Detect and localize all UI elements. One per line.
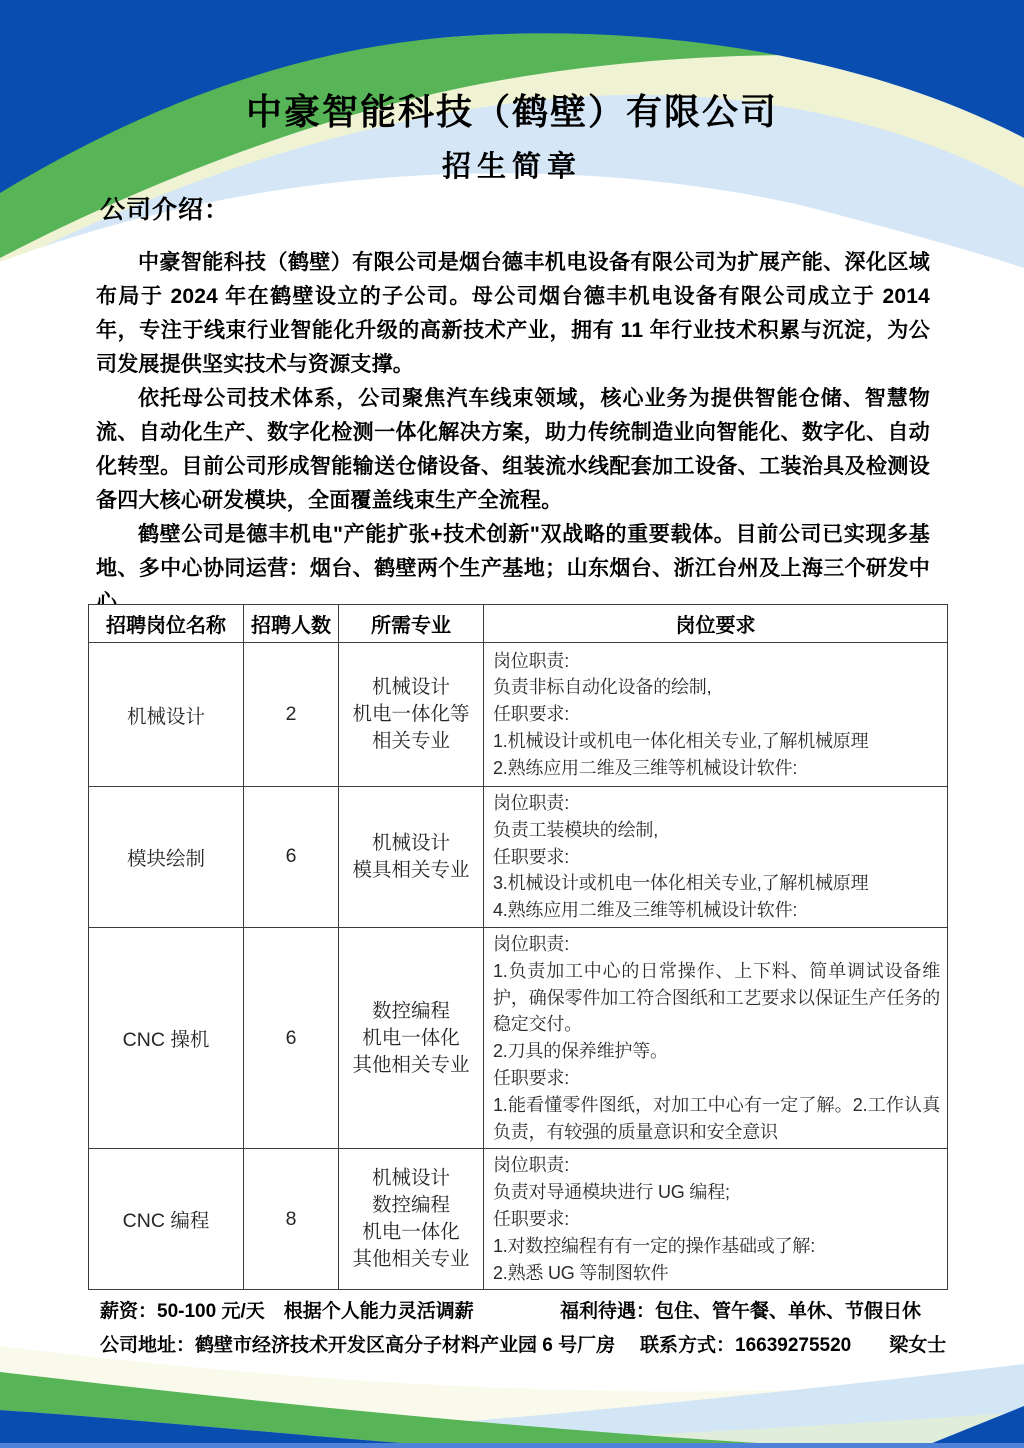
- requirements-cell: 岗位职责:负责非标自动化设备的绘制,任职要求:1.机械设计或机电一体化相关专业,…: [484, 643, 948, 787]
- requirements-cell: 岗位职责:1.负责加工中心的日常操作、上下料、简单调试设备维护，确保零件加工符合…: [484, 927, 948, 1148]
- column-header: 岗位要求: [484, 605, 948, 643]
- salary-text: 薪资：50-100 元/天 根据个人能力灵活调薪: [100, 1296, 474, 1323]
- position-cell: 模块绘制: [89, 787, 244, 928]
- requirements-cell: 岗位职责:负责工装模块的绘制,任职要求:3.机械设计或机电一体化相关专业,了解机…: [484, 787, 948, 928]
- majors-cell: 机械设计数控编程机电一体化其他相关专业: [339, 1149, 484, 1290]
- position-cell: 机械设计: [89, 643, 244, 787]
- position-cell: CNC 操机: [89, 927, 244, 1148]
- majors-cell: 机械设计模具相关专业: [339, 787, 484, 928]
- doc-title: 招生简章: [0, 144, 1024, 185]
- flyer-page: 中豪智能科技（鹤壁）有限公司 招生简章 公司介绍： 中豪智能科技（鹤壁）有限公司…: [0, 0, 1024, 1448]
- welfare-text: 福利待遇：包住、管午餐、单休、节假日休: [560, 1296, 921, 1323]
- table-header-row: 招聘岗位名称招聘人数所需专业岗位要求: [89, 605, 948, 643]
- address-text: 公司地址：鹤壁市经济技术开发区高分子材料产业园 6 号厂房: [100, 1330, 615, 1357]
- column-header: 招聘人数: [244, 605, 339, 643]
- table-row: CNC 编程8机械设计数控编程机电一体化其他相关专业岗位职责:负责对导通模块进行…: [89, 1149, 948, 1290]
- requirements-cell: 岗位职责:负责对导通模块进行 UG 编程;任职要求:1.对数控编程有有一定的操作…: [484, 1149, 948, 1290]
- majors-cell: 数控编程机电一体化其他相关专业: [339, 927, 484, 1148]
- company-name: 中豪智能科技（鹤壁）有限公司: [0, 84, 1024, 135]
- intro-paragraphs: 中豪智能科技（鹤壁）有限公司是烟台德丰机电设备有限公司为扩展产能、深化区域布局于…: [96, 246, 930, 620]
- recruit-table: 招聘岗位名称招聘人数所需专业岗位要求 机械设计2机械设计机电一体化等相关专业岗位…: [88, 604, 948, 1290]
- headcount-cell: 8: [244, 1149, 339, 1290]
- headcount-cell: 6: [244, 787, 339, 928]
- column-header: 招聘岗位名称: [89, 605, 244, 643]
- intro-paragraph: 依托母公司技术体系，公司聚焦汽车线束领域，核心业务为提供智能仓储、智慧物流、自动…: [96, 382, 930, 518]
- intro-paragraph: 中豪智能科技（鹤壁）有限公司是烟台德丰机电设备有限公司为扩展产能、深化区域布局于…: [96, 246, 930, 382]
- intro-heading: 公司介绍：: [100, 190, 230, 226]
- headcount-cell: 2: [244, 643, 339, 787]
- table-row: CNC 操机6数控编程机电一体化其他相关专业岗位职责:1.负责加工中心的日常操作…: [89, 927, 948, 1148]
- table-row: 机械设计2机械设计机电一体化等相关专业岗位职责:负责非标自动化设备的绘制,任职要…: [89, 643, 948, 787]
- majors-cell: 机械设计机电一体化等相关专业: [339, 643, 484, 787]
- contact-text: 联系方式：16639275520 梁女士: [640, 1330, 946, 1357]
- column-header: 所需专业: [339, 605, 484, 643]
- headcount-cell: 6: [244, 927, 339, 1148]
- recruit-table-body: 机械设计2机械设计机电一体化等相关专业岗位职责:负责非标自动化设备的绘制,任职要…: [89, 643, 948, 1290]
- position-cell: CNC 编程: [89, 1149, 244, 1290]
- table-row: 模块绘制6机械设计模具相关专业岗位职责:负责工装模块的绘制,任职要求:3.机械设…: [89, 787, 948, 928]
